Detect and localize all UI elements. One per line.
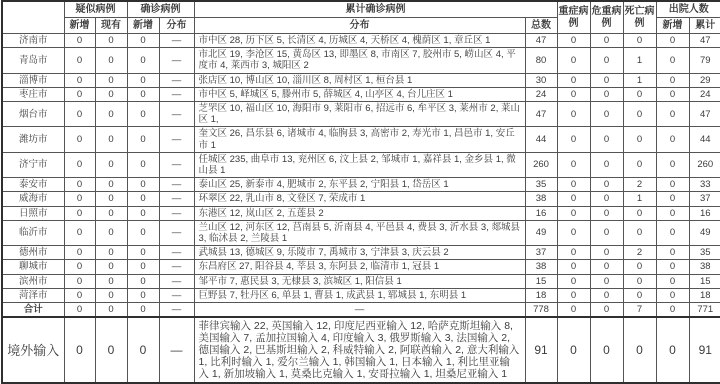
suspected-current-value: 0 [95, 48, 127, 73]
confirmed-dist-value: — [159, 317, 194, 383]
suspected-new-value: 0 [64, 246, 95, 260]
severe-cases-value: 0 [557, 220, 590, 245]
table-row: 济南市 0 0 0 — 市中区 28, 历下区 5, 长清区 4, 历城区 4,… [2, 34, 720, 48]
confirmed-new-value: 0 [127, 152, 159, 177]
confirmed-dist-value: — [159, 34, 194, 48]
header-discharged-total: 累计 [689, 18, 720, 34]
confirmed-dist-value: — [159, 303, 194, 318]
city-name: 境外输入 [2, 317, 64, 383]
cumulative-total-value: 35 [525, 178, 557, 192]
suspected-new-value: 0 [64, 206, 95, 220]
suspected-new-value: 0 [64, 102, 95, 127]
critical-cases-value: 0 [590, 288, 623, 302]
table-header: 疑似病例 确诊病例 累计确诊病例 重症病例 危重病例 死亡病例 出院人数 新增 … [2, 1, 720, 34]
suspected-new-value: 0 [64, 178, 95, 192]
header-discharged-group: 出院人数 [656, 1, 720, 18]
city-name: 威海市 [2, 192, 64, 206]
epidemic-statistics-page: 疑似病例 确诊病例 累计确诊病例 重症病例 危重病例 死亡病例 出院人数 新增 … [0, 0, 720, 384]
city-name: 滨州市 [2, 274, 64, 288]
cumulative-dist-value: 奎文区 26, 昌乐县 6, 诸城市 4, 临朐县 3, 高密市 2, 寿光市 … [194, 127, 525, 152]
cumulative-dist-value: 东昌府区 27, 阳谷县 4, 莘县 3, 东阿县 2, 临清市 1, 冠县 1 [194, 260, 525, 274]
suspected-current-value: 0 [95, 102, 127, 127]
cumulative-dist-value: 环翠区 22, 乳山市 8, 文登区 7, 荣成市 1 [194, 192, 525, 206]
city-name: 德州市 [2, 246, 64, 260]
table-row: 烟台市 0 0 0 — 芝罘区 10, 福山区 10, 海阳市 9, 莱阳市 6… [2, 102, 720, 127]
critical-cases-value: 0 [590, 127, 623, 152]
discharged-total-value: 29 [689, 73, 720, 87]
table-row: 威海市 0 0 0 — 环翠区 22, 乳山市 8, 文登区 7, 荣成市 1 … [2, 192, 720, 206]
suspected-current-value: 0 [95, 206, 127, 220]
cumulative-dist-value: 任城区 235, 曲阜市 13, 兖州区 6, 汶上县 2, 邹城市 1, 嘉祥… [194, 152, 525, 177]
confirmed-dist-value: — [159, 288, 194, 302]
critical-cases-value: 0 [590, 206, 623, 220]
cumulative-dist-value: 东港区 12, 岚山区 2, 五莲县 2 [194, 206, 525, 220]
suspected-current-value: 0 [95, 34, 127, 48]
discharged-total-value: 44 [689, 127, 720, 152]
cumulative-dist-value: 邹平市 7, 惠民县 3, 无棣县 3, 滨城区 1, 阳信县 1 [194, 274, 525, 288]
confirmed-dist-value: — [159, 127, 194, 152]
confirmed-dist-value: — [159, 220, 194, 245]
suspected-current-value: 0 [95, 87, 127, 101]
table-row: 聊城市 0 0 0 — 东昌府区 27, 阳谷县 4, 莘县 3, 东阿县 2,… [2, 260, 720, 274]
discharged-new-value: 0 [656, 288, 689, 302]
death-cases-value: 0 [623, 87, 656, 101]
header-suspected-group: 疑似病例 [64, 1, 127, 18]
discharged-total-value: 18 [689, 288, 720, 302]
death-cases-value: 1 [623, 192, 656, 206]
suspected-new-value: 0 [64, 34, 95, 48]
discharged-total-value: 771 [689, 303, 720, 318]
cumulative-dist-value: 兰山区 12, 河东区 12, 莒南县 5, 沂南县 4, 平邑县 4, 费县 … [194, 220, 525, 245]
critical-cases-value: 0 [590, 48, 623, 73]
confirmed-dist-value: — [159, 48, 194, 73]
cumulative-total-value: 24 [525, 87, 557, 101]
death-cases-value: 1 [623, 73, 656, 87]
discharged-total-value: 47 [689, 102, 720, 127]
cumulative-total-value: 80 [525, 48, 557, 73]
city-name: 潍坊市 [2, 127, 64, 152]
table-row: 淄博市 0 0 0 — 张店区 10, 博山区 10, 淄川区 8, 周村区 1… [2, 73, 720, 87]
critical-cases-value: 0 [590, 260, 623, 274]
discharged-new-value: 0 [656, 274, 689, 288]
header-cumulative-total: 总数 [525, 18, 557, 34]
table-row: 潍坊市 0 0 0 — 奎文区 26, 昌乐县 6, 诸城市 4, 临朐县 3,… [2, 127, 720, 152]
city-name: 泰安市 [2, 178, 64, 192]
cumulative-total-value: 49 [525, 220, 557, 245]
critical-cases-value: 0 [590, 73, 623, 87]
discharged-new-value: 0 [656, 152, 689, 177]
suspected-current-value: 0 [95, 73, 127, 87]
severe-cases-value: 0 [557, 303, 590, 318]
suspected-current-value: 0 [95, 178, 127, 192]
confirmed-dist-value: — [159, 152, 194, 177]
cumulative-total-value: 18 [525, 288, 557, 302]
critical-cases-value: 0 [590, 192, 623, 206]
confirmed-dist-value: — [159, 102, 194, 127]
header-severe-cases: 重症病例 [557, 1, 590, 34]
discharged-total-value: 260 [689, 152, 720, 177]
death-cases-value: 2 [623, 246, 656, 260]
header-death-cases: 死亡病例 [623, 1, 656, 34]
confirmed-dist-value: — [159, 87, 194, 101]
cumulative-dist-value: 武城县 13, 德城区 9, 乐陵市 7, 禹城市 3, 宁津县 3, 庆云县 … [194, 246, 525, 260]
epidemic-statistics-table: 疑似病例 确诊病例 累计确诊病例 重症病例 危重病例 死亡病例 出院人数 新增 … [1, 0, 720, 384]
discharged-total-value: 16 [689, 206, 720, 220]
confirmed-new-value: 0 [127, 220, 159, 245]
severe-cases-value: 0 [557, 48, 590, 73]
severe-cases-value: 0 [557, 34, 590, 48]
critical-cases-value: 0 [590, 220, 623, 245]
discharged-total-value: 35 [689, 246, 720, 260]
death-cases-value: 0 [623, 274, 656, 288]
city-name: 枣庄市 [2, 87, 64, 101]
cumulative-total-value: 37 [525, 246, 557, 260]
cumulative-total-value: 778 [525, 303, 557, 318]
discharged-total-value: 38 [689, 260, 720, 274]
cumulative-dist-value: 张店区 10, 博山区 10, 淄川区 8, 周村区 1, 桓台县 1 [194, 73, 525, 87]
death-cases-value: 0 [623, 288, 656, 302]
discharged-total-value: 79 [689, 48, 720, 73]
table-row: 日照市 0 0 0 — 东港区 12, 岚山区 2, 五莲县 2 16 0 0 … [2, 206, 720, 220]
confirmed-dist-value: — [159, 73, 194, 87]
confirmed-new-value: 0 [127, 317, 159, 383]
header-group-row: 疑似病例 确诊病例 累计确诊病例 重症病例 危重病例 死亡病例 出院人数 [2, 1, 720, 18]
critical-cases-value: 0 [590, 303, 623, 318]
city-name: 日照市 [2, 206, 64, 220]
cumulative-total-value: 91 [525, 317, 557, 383]
suspected-current-value: 0 [95, 246, 127, 260]
discharged-new-value: 0 [656, 303, 689, 318]
suspected-new-value: 0 [64, 220, 95, 245]
critical-cases-value: 0 [590, 87, 623, 101]
table-row: 济宁市 0 0 0 — 任城区 235, 曲阜市 13, 兖州区 6, 汶上县 … [2, 152, 720, 177]
severe-cases-value: 0 [557, 274, 590, 288]
suspected-current-value: 0 [95, 127, 127, 152]
severe-cases-value: 0 [557, 102, 590, 127]
discharged-new-value: 0 [656, 206, 689, 220]
death-cases-value: 0 [623, 220, 656, 245]
death-cases-value: 0 [623, 127, 656, 152]
confirmed-new-value: 0 [127, 288, 159, 302]
header-cumulative-dist: 分布 [194, 18, 525, 34]
severe-cases-value: 0 [557, 317, 590, 383]
city-name: 合计 [2, 303, 64, 318]
discharged-new-value: 0 [656, 317, 689, 383]
severe-cases-value: 0 [557, 206, 590, 220]
city-name: 济宁市 [2, 152, 64, 177]
death-cases-value: 0 [623, 102, 656, 127]
cumulative-dist-value: 芝罘区 10, 福山区 10, 海阳市 9, 莱阳市 6, 招远市 6, 牟平区… [194, 102, 525, 127]
death-cases-value: 1 [623, 48, 656, 73]
suspected-new-value: 0 [64, 73, 95, 87]
critical-cases-value: 0 [590, 34, 623, 48]
confirmed-dist-value: — [159, 246, 194, 260]
critical-cases-value: 0 [590, 152, 623, 177]
cumulative-total-value: 38 [525, 192, 557, 206]
city-name: 淄博市 [2, 73, 64, 87]
header-discharged-new: 新增 [656, 18, 689, 34]
cumulative-dist-value: — [194, 303, 525, 318]
severe-cases-value: 0 [557, 127, 590, 152]
discharged-new-value: 0 [656, 102, 689, 127]
table-row: 枣庄市 0 0 0 — 市中区 5, 峄城区 5, 滕州市 5, 薛城区 4, … [2, 87, 720, 101]
confirmed-new-value: 0 [127, 303, 159, 318]
discharged-total-value: 49 [689, 220, 720, 245]
cumulative-total-value: 47 [525, 34, 557, 48]
suspected-new-value: 0 [64, 288, 95, 302]
city-name: 济南市 [2, 34, 64, 48]
city-name: 聊城市 [2, 260, 64, 274]
cumulative-total-value: 47 [525, 102, 557, 127]
suspected-current-value: 0 [95, 260, 127, 274]
cumulative-total-value: 15 [525, 274, 557, 288]
suspected-current-value: 0 [95, 274, 127, 288]
cumulative-total-value: 38 [525, 260, 557, 274]
cumulative-dist-value: 巨野县 7, 牡丹区 6, 单县 1, 曹县 1, 成武县 1, 郓城县 1, … [194, 288, 525, 302]
confirmed-dist-value: — [159, 260, 194, 274]
cumulative-dist-value: 市中区 5, 峄城区 5, 滕州市 5, 薛城区 4, 山亭区 4, 台儿庄区 … [194, 87, 525, 101]
confirmed-new-value: 0 [127, 274, 159, 288]
death-cases-value: 0 [623, 206, 656, 220]
cumulative-dist-value: 市中区 28, 历下区 5, 长清区 4, 历城区 4, 天桥区 4, 槐荫区 … [194, 34, 525, 48]
critical-cases-value: 0 [590, 178, 623, 192]
header-suspected-new: 新增 [64, 18, 95, 34]
severe-cases-value: 0 [557, 152, 590, 177]
suspected-current-value: 0 [95, 220, 127, 245]
suspected-new-value: 0 [64, 192, 95, 206]
discharged-new-value: 0 [656, 260, 689, 274]
suspected-current-value: 0 [95, 192, 127, 206]
table-row: 临沂市 0 0 0 — 兰山区 12, 河东区 12, 莒南县 5, 沂南县 4… [2, 220, 720, 245]
suspected-current-value: 0 [95, 288, 127, 302]
discharged-new-value: 0 [656, 34, 689, 48]
critical-cases-value: 0 [590, 102, 623, 127]
table-row: 滨州市 0 0 0 — 邹平市 7, 惠民县 3, 无棣县 3, 滨城区 1, … [2, 274, 720, 288]
discharged-new-value: 0 [656, 48, 689, 73]
critical-cases-value: 0 [590, 317, 623, 383]
header-confirmed-new: 新增 [127, 18, 159, 34]
suspected-new-value: 0 [64, 48, 95, 73]
confirmed-dist-value: — [159, 178, 194, 192]
discharged-total-value: 37 [689, 192, 720, 206]
cumulative-dist-value: 市北区 19, 李沧区 15, 黄岛区 13, 即墨区 8, 市南区 7, 胶州… [194, 48, 525, 73]
critical-cases-value: 0 [590, 246, 623, 260]
discharged-total-value: 15 [689, 274, 720, 288]
table-row: 菏泽市 0 0 0 — 巨野县 7, 牡丹区 6, 单县 1, 曹县 1, 成武… [2, 288, 720, 302]
city-name: 菏泽市 [2, 288, 64, 302]
discharged-total-value: 24 [689, 87, 720, 101]
confirmed-dist-value: — [159, 192, 194, 206]
table-row: 泰安市 0 0 0 — 泰山区 25, 新泰市 4, 肥城市 2, 东平县 2,… [2, 178, 720, 192]
severe-cases-value: 0 [557, 73, 590, 87]
suspected-new-value: 0 [64, 152, 95, 177]
death-cases-value: 0 [623, 260, 656, 274]
confirmed-dist-value: — [159, 274, 194, 288]
confirmed-new-value: 0 [127, 73, 159, 87]
suspected-new-value: 0 [64, 303, 95, 318]
cumulative-total-value: 260 [525, 152, 557, 177]
discharged-new-value: 0 [656, 246, 689, 260]
confirmed-new-value: 0 [127, 102, 159, 127]
cumulative-total-value: 30 [525, 73, 557, 87]
discharged-total-value: 91 [689, 317, 720, 383]
suspected-current-value: 0 [95, 152, 127, 177]
table-row: 德州市 0 0 0 — 武城县 13, 德城区 9, 乐陵市 7, 禹城市 3,… [2, 246, 720, 260]
table-body: 济南市 0 0 0 — 市中区 28, 历下区 5, 长清区 4, 历城区 4,… [2, 34, 720, 384]
city-name: 烟台市 [2, 102, 64, 127]
header-cumulative-group: 累计确诊病例 [194, 1, 557, 18]
header-critical-cases: 危重病例 [590, 1, 623, 34]
confirmed-dist-value: — [159, 206, 194, 220]
discharged-new-value: 0 [656, 178, 689, 192]
death-cases-value: 0 [623, 34, 656, 48]
confirmed-new-value: 0 [127, 178, 159, 192]
confirmed-new-value: 0 [127, 206, 159, 220]
table-row: 青岛市 0 0 0 — 市北区 19, 李沧区 15, 黄岛区 13, 即墨区 … [2, 48, 720, 73]
critical-cases-value: 0 [590, 274, 623, 288]
confirmed-new-value: 0 [127, 127, 159, 152]
city-name: 临沂市 [2, 220, 64, 245]
confirmed-new-value: 0 [127, 48, 159, 73]
confirmed-new-value: 0 [127, 246, 159, 260]
confirmed-new-value: 0 [127, 192, 159, 206]
table-row: 境外输入 0 0 0 — 菲律宾输入 22, 英国输入 12, 印度尼西亚输入 … [2, 317, 720, 383]
severe-cases-value: 0 [557, 246, 590, 260]
severe-cases-value: 0 [557, 288, 590, 302]
suspected-current-value: 0 [95, 303, 127, 318]
severe-cases-value: 0 [557, 192, 590, 206]
discharged-new-value: 0 [656, 192, 689, 206]
suspected-new-value: 0 [64, 87, 95, 101]
suspected-new-value: 0 [64, 127, 95, 152]
discharged-total-value: 47 [689, 34, 720, 48]
header-confirmed-dist: 分布 [159, 18, 194, 34]
header-confirmed-group: 确诊病例 [127, 1, 194, 18]
header-corner-cell [2, 1, 64, 34]
cumulative-dist-value: 泰山区 25, 新泰市 4, 肥城市 2, 东平县 2, 宁阳县 1, 岱岳区 … [194, 178, 525, 192]
confirmed-new-value: 0 [127, 34, 159, 48]
cumulative-dist-value: 菲律宾输入 22, 英国输入 12, 印度尼西亚输入 12, 哈萨克斯坦输入 8… [194, 317, 525, 383]
discharged-new-value: 0 [656, 220, 689, 245]
suspected-current-value: 0 [95, 317, 127, 383]
severe-cases-value: 0 [557, 87, 590, 101]
confirmed-new-value: 0 [127, 260, 159, 274]
header-suspected-current: 现有 [95, 18, 127, 34]
discharged-new-value: 0 [656, 127, 689, 152]
cumulative-total-value: 16 [525, 206, 557, 220]
death-cases-value: 2 [623, 178, 656, 192]
death-cases-value: 0 [623, 152, 656, 177]
severe-cases-value: 0 [557, 260, 590, 274]
discharged-total-value: 33 [689, 178, 720, 192]
suspected-new-value: 0 [64, 317, 95, 383]
suspected-new-value: 0 [64, 260, 95, 274]
confirmed-new-value: 0 [127, 87, 159, 101]
severe-cases-value: 0 [557, 178, 590, 192]
discharged-new-value: 0 [656, 73, 689, 87]
suspected-new-value: 0 [64, 274, 95, 288]
death-cases-value: 7 [623, 303, 656, 318]
city-name: 青岛市 [2, 48, 64, 73]
discharged-new-value: 0 [656, 87, 689, 101]
death-cases-value: 0 [623, 317, 656, 383]
cumulative-total-value: 44 [525, 127, 557, 152]
